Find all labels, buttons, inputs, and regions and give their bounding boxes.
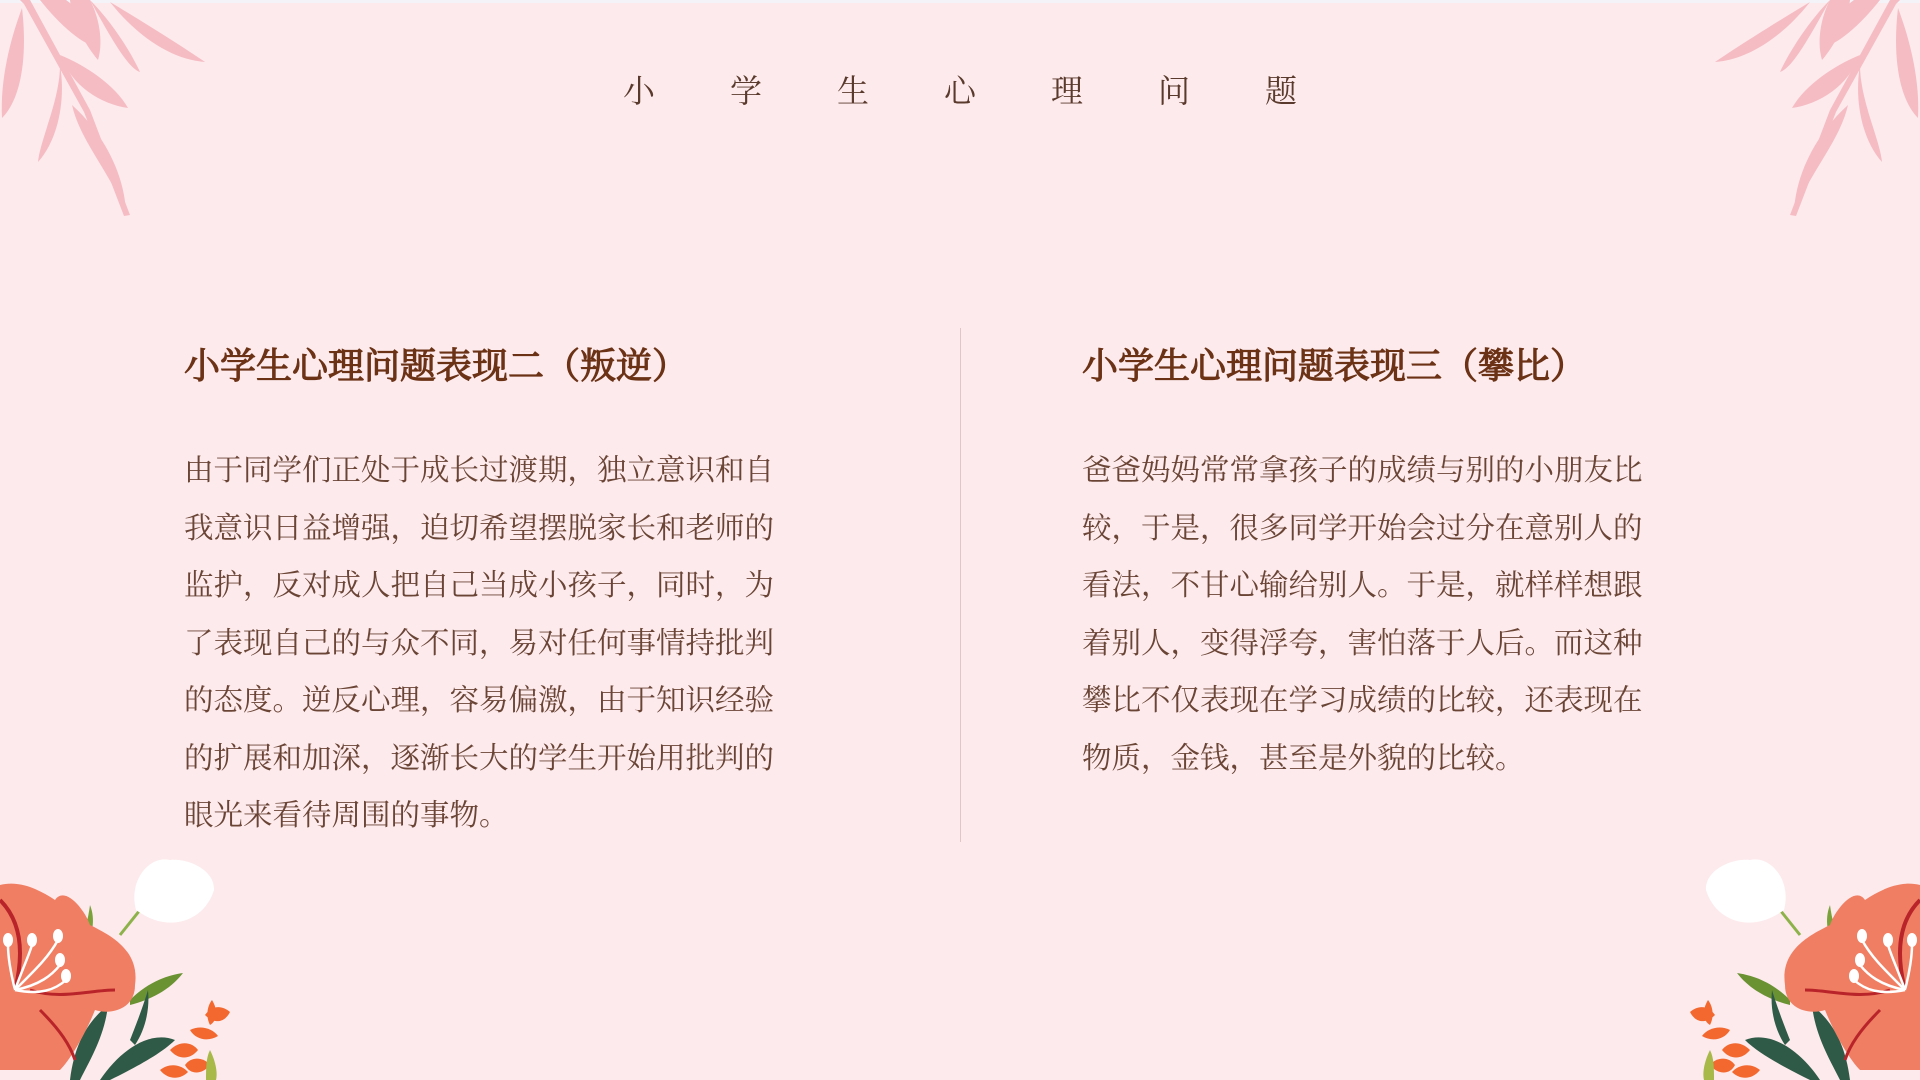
title-char: 小: [586, 66, 693, 112]
right-heading: 小学生心理问题表现三（攀比）: [1082, 340, 1742, 392]
body-line: 了表现自己的与众不同，易对任何事情持批判: [184, 615, 844, 673]
body-line: 着别人，变得浮夸，害怕落于人后。而这种: [1082, 615, 1742, 673]
body-line: 的扩展和加深，逐渐长大的学生开始用批判的: [184, 730, 844, 788]
body-line: 较，于是，很多同学开始会过分在意别人的: [1082, 500, 1742, 558]
left-heading: 小学生心理问题表现二（叛逆）: [184, 340, 844, 392]
title-char: 生: [800, 66, 907, 112]
body-line: 爸爸妈妈常常拿孩子的成绩与别的小朋友比: [1082, 442, 1742, 500]
body-line: 攀比不仅表现在学习成绩的比较，还表现在: [1082, 672, 1742, 730]
lily-bouquet-bottom-left-icon: [0, 840, 280, 1080]
body-line: 由于同学们正处于成长过渡期，独立意识和自: [184, 442, 844, 500]
column-divider: [960, 328, 961, 842]
title-char: 学: [693, 66, 800, 112]
body-line: 物质，金钱，甚至是外貌的比较。: [1082, 730, 1742, 788]
right-column: 小学生心理问题表现三（攀比） 爸爸妈妈常常拿孩子的成绩与别的小朋友比 较，于是，…: [1082, 340, 1742, 787]
right-body: 爸爸妈妈常常拿孩子的成绩与别的小朋友比 较，于是，很多同学开始会过分在意别人的 …: [1082, 442, 1742, 787]
body-line: 眼光来看待周围的事物。: [184, 787, 844, 845]
left-column: 小学生心理问题表现二（叛逆） 由于同学们正处于成长过渡期，独立意识和自 我意识日…: [184, 340, 844, 845]
slide-title: 小学生心理问题: [0, 66, 1920, 112]
body-line: 我意识日益增强，迫切希望摆脱家长和老师的: [184, 500, 844, 558]
title-char: 题: [1228, 66, 1335, 112]
lily-bouquet-bottom-right-icon: [1640, 840, 1920, 1080]
body-line: 看法，不甘心输给别人。于是，就样样想跟: [1082, 557, 1742, 615]
title-char: 理: [1014, 66, 1121, 112]
body-line: 的态度。逆反心理，容易偏激，由于知识经验: [184, 672, 844, 730]
title-char: 问: [1121, 66, 1228, 112]
left-body: 由于同学们正处于成长过渡期，独立意识和自 我意识日益增强，迫切希望摆脱家长和老师…: [184, 442, 844, 845]
top-strip: [0, 0, 1920, 3]
title-char: 心: [907, 66, 1014, 112]
body-line: 监护，反对成人把自己当成小孩子，同时，为: [184, 557, 844, 615]
